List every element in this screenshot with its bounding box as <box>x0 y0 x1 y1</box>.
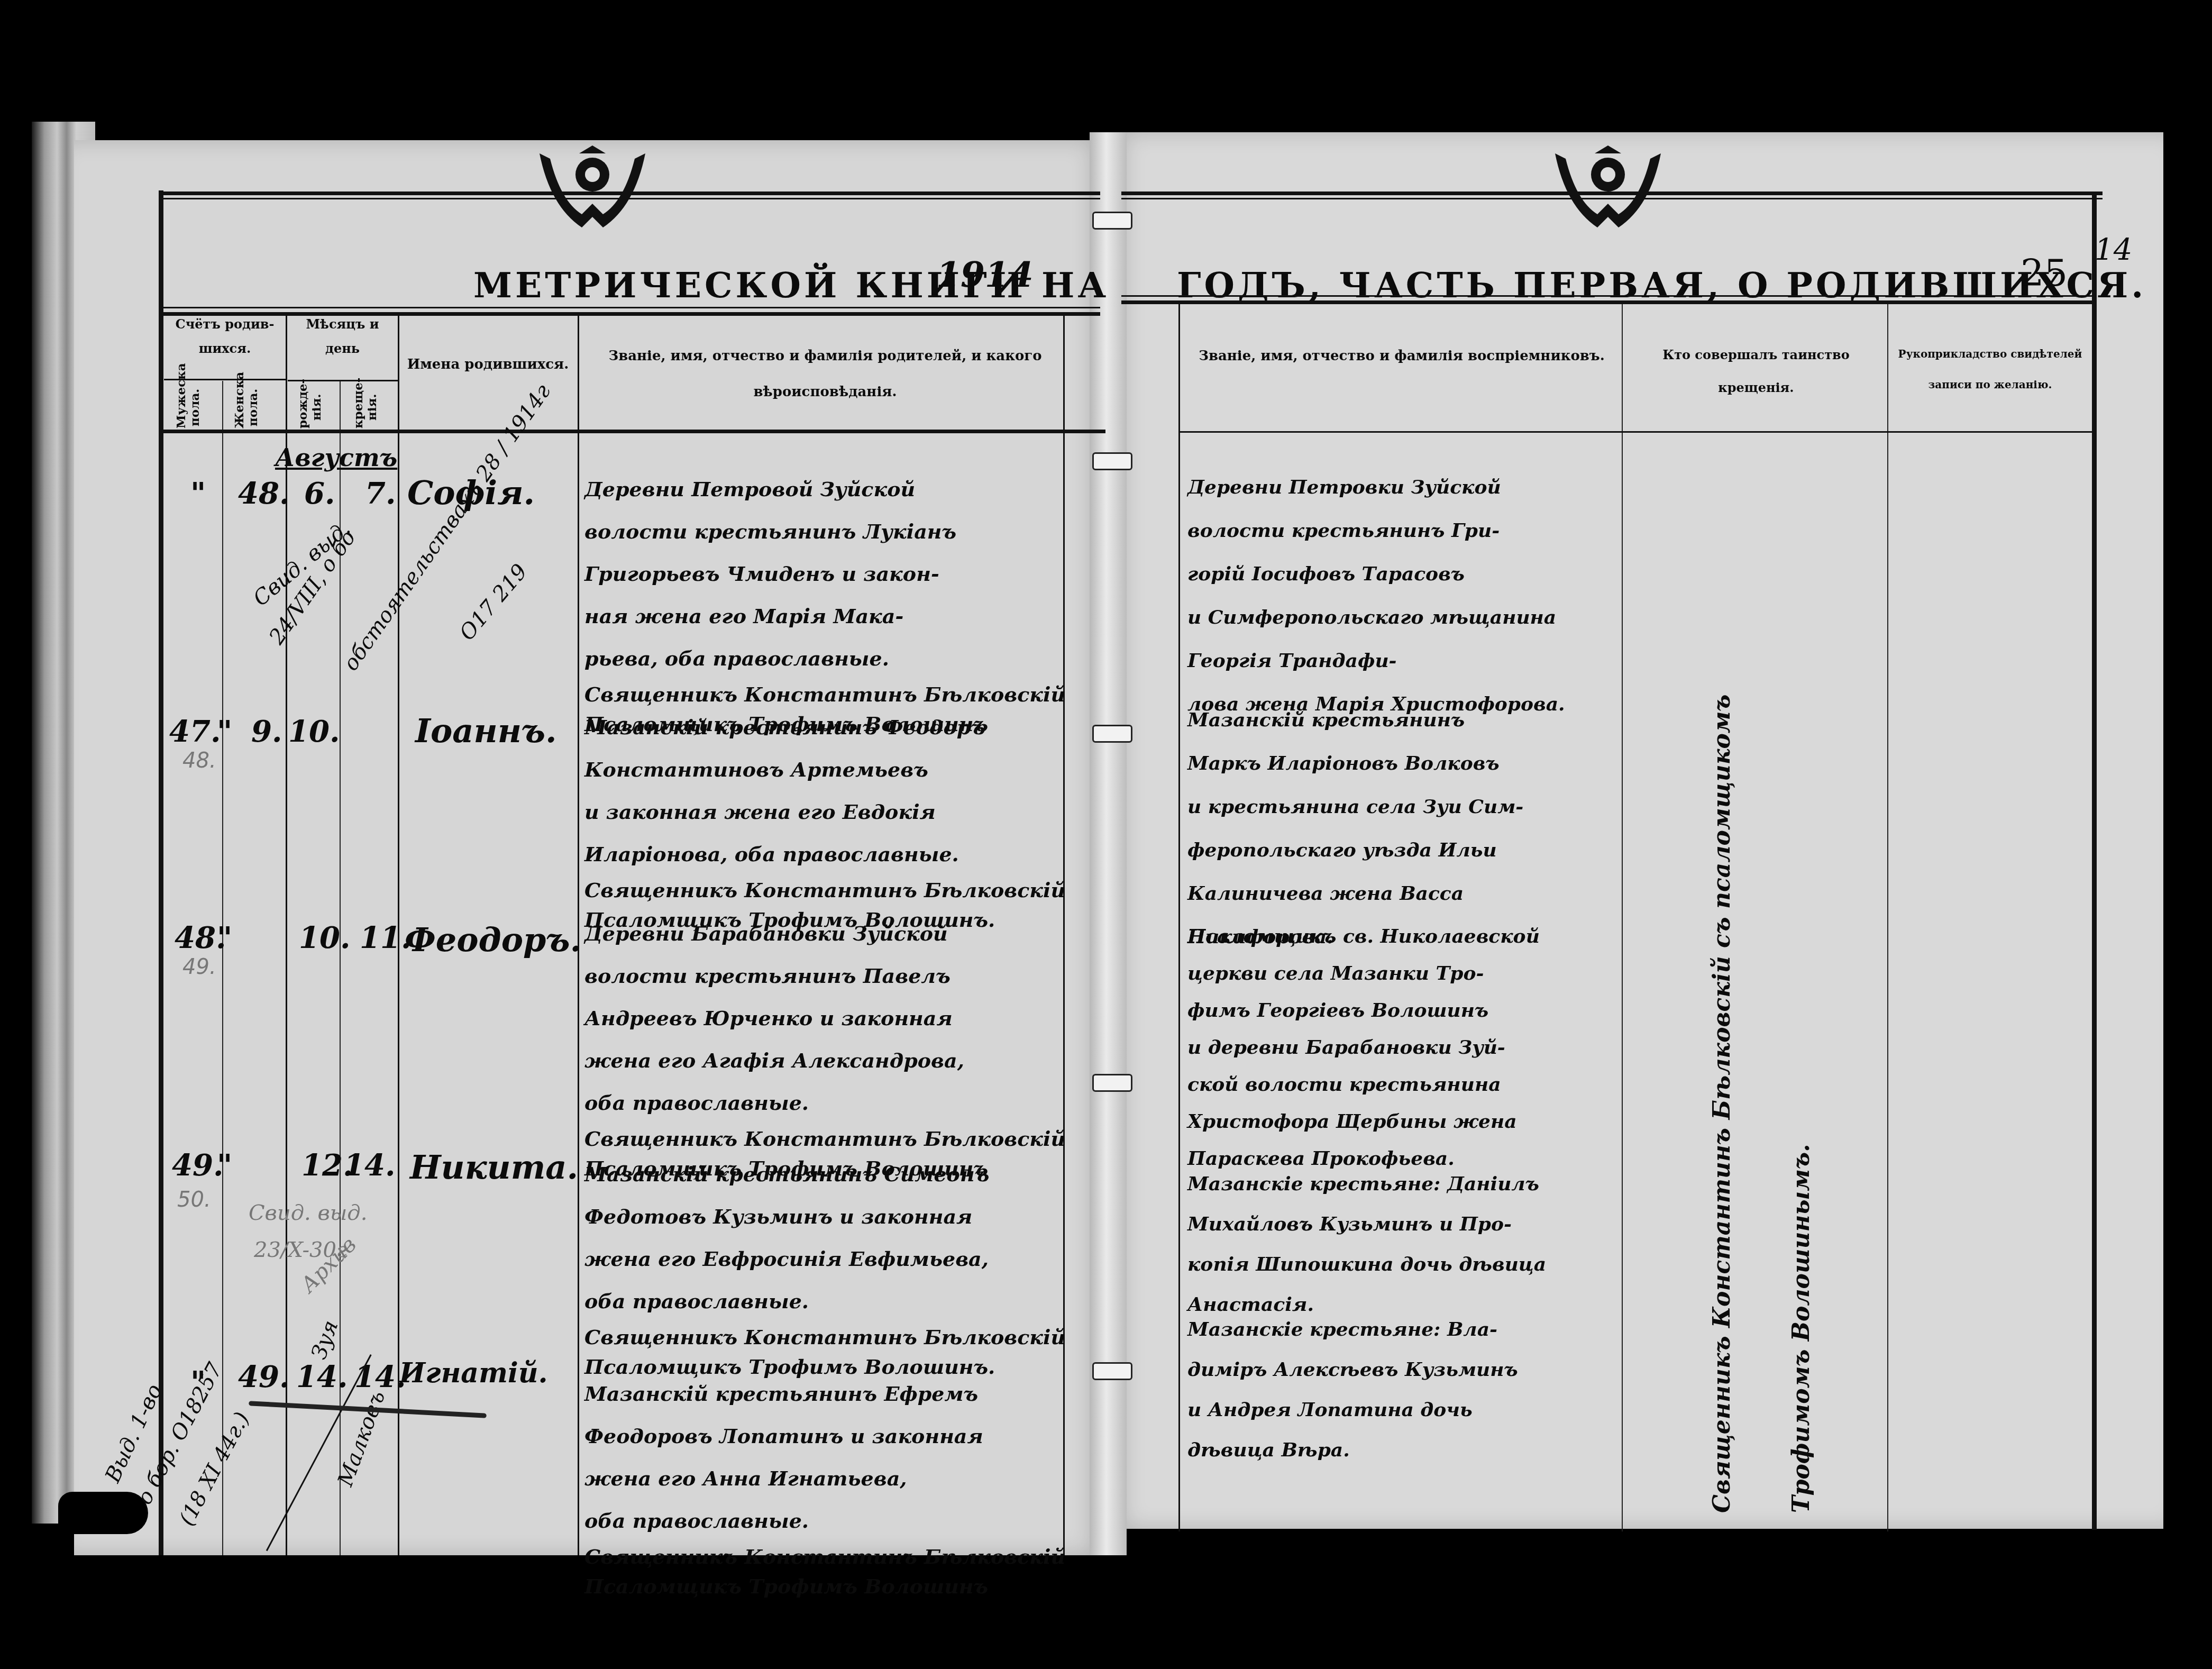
entry-1-parents: Деревни Петровой Зуйской волости крестья… <box>584 468 1065 739</box>
year-handwritten: 1914 <box>936 254 1034 295</box>
text-line: Деревни Барабановки Зуйской <box>584 913 1065 955</box>
entry-1-godparents: Деревни Петровки Зуйской волости крестья… <box>1187 466 1565 726</box>
entry-1-male-count: " <box>190 476 206 511</box>
entry-2-birth-day: 9. <box>251 714 282 749</box>
performed-by-priest: Священникъ Константинъ Бѣлковскій съ пса… <box>1708 694 1735 1513</box>
text-line: ской волости крестьянина <box>1187 1066 1540 1103</box>
text-line: Мазанскіе крестьяне: Даніилъ <box>1187 1164 1546 1204</box>
header-count-female: Женска пола. <box>233 386 275 428</box>
text-line: Христофора Щербины жена <box>1187 1103 1540 1140</box>
header-bottom-rule-right <box>1178 431 2092 433</box>
entry-1-birth-day: 6. <box>304 476 335 511</box>
imperial-eagle-emblem-right <box>1544 143 1671 238</box>
binding-stitch <box>1092 1074 1132 1092</box>
text-line: Деревни Петровой Зуйской <box>584 468 1065 510</box>
priest-signature: Священникъ Константинъ Бѣлковскій <box>584 1542 1065 1572</box>
text-line: Феодоровъ Лопатинъ и законная <box>584 1415 1065 1457</box>
text-line: Мазанскій крестьянинъ Симеонъ <box>584 1153 1065 1196</box>
entry-1-female-count: 48. <box>238 476 289 511</box>
priest-signature: Священникъ Константинъ Бѣлковскій <box>584 1323 1065 1352</box>
text-line: церкви села Мазанки Тро- <box>1187 955 1540 992</box>
entry-3-female-count: " <box>217 920 232 955</box>
text-line: и крестьянина села Зуи Сим- <box>1187 785 1523 828</box>
entry-3-parents: Деревни Барабановки Зуйской волости крес… <box>584 913 1065 1183</box>
binding-stitch <box>1092 452 1132 470</box>
binding-stitch <box>1092 725 1132 743</box>
header-count-male: Мужеска пола. <box>175 386 217 428</box>
entry-3-male-count-pencil: 49. <box>182 955 216 979</box>
entry-3-birth-day: 10. <box>299 920 350 955</box>
text-line: волости крестьянинъ Павелъ <box>584 955 1065 997</box>
binding-stitch <box>1092 212 1132 230</box>
text-line: Деревни Петровки Зуйской <box>1187 466 1565 509</box>
text-line: копія Шипошкина дочь дѣвица <box>1187 1244 1546 1284</box>
entry-5-parents: Мазанскій крестьянинъ Ефремъ Феодоровъ Л… <box>584 1373 1065 1601</box>
col-rule <box>1622 304 1623 1531</box>
text-line: Мазанскій крестьянинъ Ефремъ <box>584 1373 1065 1415</box>
header-witnesses: Рукоприкладство свидѣтелей записи по жел… <box>1891 339 2089 400</box>
book-gutter <box>1090 132 1127 1555</box>
header-rule-thin <box>159 307 1100 308</box>
text-line: Мазанскій крестьянинъ <box>1187 698 1523 742</box>
imperial-eagle-emblem-left <box>529 143 656 238</box>
text-line: Федотовъ Кузьминъ и законная <box>584 1196 1065 1238</box>
page-title-right: ГОДЪ, ЧАСТЬ ПЕРВАЯ, О РОДИВШИХСЯ. <box>1177 265 2146 306</box>
text-line: диміръ Алексѣевъ Кузьминъ <box>1187 1349 1518 1390</box>
text-line: Маркъ Иларіоновъ Волковъ <box>1187 742 1523 785</box>
header-bottom-rule <box>159 430 1105 433</box>
priest-signature: Священникъ Константинъ Бѣлковскій <box>584 1124 1065 1154</box>
text-line: жена его Анна Игнатьева, <box>584 1457 1065 1500</box>
entry-5-godparents: Мазанскіе крестьяне: Вла- диміръ Алексѣе… <box>1187 1309 1518 1470</box>
header-performed-by: Кто совершалъ таинство крещенія. <box>1626 339 1886 405</box>
left-border-rule <box>159 190 163 1555</box>
binding-stitch <box>1092 1362 1132 1380</box>
page-number: 25 <box>2021 251 2068 295</box>
entry-5-child-name: Игнатій. <box>399 1357 548 1389</box>
text-line: жена его Евфросинія Евфимьева, <box>584 1238 1065 1280</box>
entry-2-male-count-pencil: 48. <box>182 749 216 773</box>
entry-3-baptism-day: 11. <box>360 920 411 955</box>
folio-number: 14 <box>2095 233 2132 267</box>
entry-4-child-name: Никита. <box>410 1148 578 1187</box>
entry-5-baptism-day: 14. <box>354 1360 406 1394</box>
header-rule-thick-right <box>1121 300 2092 304</box>
text-line: Андреевъ Юрченко и законная <box>584 997 1065 1039</box>
text-line: волости крестьянинъ Гри- <box>1187 509 1565 552</box>
col-rule <box>1178 304 1180 1531</box>
text-line: оба православные. <box>584 1500 1065 1542</box>
entry-2-female-count: " <box>217 714 232 749</box>
text-line: феропольскаго уѣзда Ильи <box>1187 828 1523 872</box>
text-line: оба православные. <box>584 1082 1065 1124</box>
text-line: Григорьевъ Чмиденъ и закон- <box>584 553 1065 595</box>
psalmist-signature: Псаломщикъ Трофимъ Волошинъ <box>584 1572 1065 1601</box>
text-line: волости крестьянинъ Лукіанъ <box>584 510 1065 553</box>
entry-4-female-count: " <box>217 1148 232 1183</box>
text-line: Константиновъ Артемьевъ <box>584 749 1065 791</box>
entry-4-parents: Мазанскій крестьянинъ Симеонъ Федотовъ К… <box>584 1153 1065 1382</box>
header-godparents: Званіе, имя, отчество и фамилія воспріем… <box>1185 339 1619 375</box>
text-line: рьева, оба православные. <box>584 637 1065 680</box>
entry-4-pencil-note: Свид. выд. <box>249 1201 367 1225</box>
right-border-rule <box>2092 191 2097 1530</box>
entry-2-male-count: 47. <box>169 714 221 749</box>
header-date-birth: рожде-нія. <box>296 386 333 428</box>
text-line: Псаломщикъ св. Николаевской <box>1187 918 1540 955</box>
text-line: и Симферопольскаго мѣщанина <box>1187 596 1565 639</box>
entry-4-godparents: Мазанскіе крестьяне: Даніилъ Михайловъ К… <box>1187 1164 1546 1325</box>
entry-3-child-name: Феодоръ. <box>405 920 581 959</box>
text-line: жена его Агафія Александрова, <box>584 1039 1065 1082</box>
header-rule-thin-right <box>1121 295 2092 297</box>
col-rule <box>1887 304 1888 1531</box>
text-line: и законная жена его Евдокія <box>584 791 1065 833</box>
text-line: ная жена его Марія Мака- <box>584 595 1065 637</box>
header-names: Имена родившихся. <box>399 352 577 378</box>
text-line: дѣвица Вѣра. <box>1187 1430 1518 1470</box>
text-line: Мазанскіе крестьяне: Вла- <box>1187 1309 1518 1349</box>
header-parents: Званіе, имя, отчество и фамилія родителе… <box>592 339 1058 410</box>
header-date-baptism: креще-нія. <box>352 386 389 428</box>
performed-by-psalmist: Трофимомъ Волошинымъ. <box>1788 1144 1815 1513</box>
text-line: Мазанскій крестьянинъ Феодоръ <box>584 706 1065 749</box>
header-date-group: Мѣсяцъ и день <box>288 312 397 360</box>
entry-2-child-name: Іоаннъ. <box>415 712 557 750</box>
entry-5-birth-day: 14. <box>296 1360 348 1394</box>
entry-4-baptism-day: 14. <box>344 1148 395 1183</box>
entry-1-baptism-day: 7. <box>365 476 396 511</box>
priest-signature: Священникъ Константинъ Бѣлковскій <box>584 680 1065 709</box>
entry-2-baptism-day: 10. <box>288 714 340 749</box>
text-line: Михайловъ Кузьминъ и Про- <box>1187 1204 1546 1244</box>
text-line: и деревни Барабановки Зуй- <box>1187 1029 1540 1066</box>
text-line: Калиничева жена Васса <box>1187 872 1523 915</box>
text-line: горій Іосифовъ Тарасовъ <box>1187 552 1565 596</box>
text-line: Иларіонова, оба православные. <box>584 833 1065 875</box>
entry-4-male-count: 49. <box>172 1148 223 1183</box>
text-line: фимъ Георгіевъ Волошинъ <box>1187 992 1540 1029</box>
text-line: и Андрея Лопатина дочь <box>1187 1390 1518 1430</box>
header-count-group: Счётъ родив-шихся. <box>164 312 286 360</box>
priest-signature: Священникъ Константинъ Бѣлковскій <box>584 875 1065 905</box>
entry-3-godparents: Псаломщикъ св. Николаевской церкви села … <box>1187 918 1540 1177</box>
text-line: оба православные. <box>584 1280 1065 1323</box>
entry-2-parents: Мазанскій крестьянинъ Феодоръ Константин… <box>584 706 1065 935</box>
text-line: Георгія Трандафи- <box>1187 639 1565 682</box>
entry-4-male-count-pencil: 50. <box>177 1188 211 1212</box>
month-label: Августъ <box>275 443 397 472</box>
entry-5-female-count: 49. <box>238 1360 289 1394</box>
